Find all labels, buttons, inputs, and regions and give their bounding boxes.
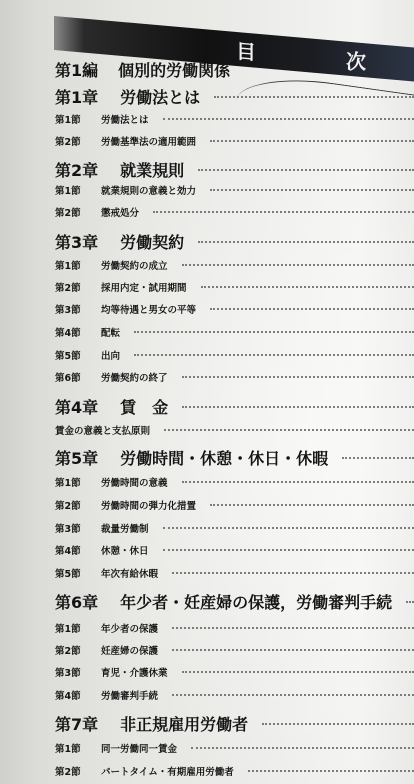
section-title: 年次有給休暇 [101, 566, 158, 580]
dot-leader [210, 140, 414, 142]
toc-section-row[interactable]: 第6節労働契約の終了 [55, 370, 414, 384]
section-number: 第3節 [55, 665, 101, 679]
chapter-number: 第7章 [55, 712, 98, 735]
chapter-number: 第4章 [55, 395, 98, 418]
section-title: パートタイム・有期雇用労働者 [101, 764, 234, 778]
chapter-number: 第2章 [55, 158, 98, 181]
dot-leader [342, 457, 414, 459]
section-title: 懲戒処分 [101, 205, 139, 219]
section-title: 労働基準法の適用範囲 [101, 134, 196, 148]
section-title: 裁量労働制 [101, 521, 149, 535]
section-title: 労働審判手続 [101, 688, 158, 702]
toc-chapter-row[interactable]: 第5章労働時間・休憩・休日・休暇 [55, 446, 414, 469]
section-number: 第1節 [55, 112, 101, 126]
section-number: 第5節 [55, 348, 101, 362]
dot-leader [214, 96, 414, 98]
dot-leader [163, 118, 414, 120]
toc-section-row[interactable]: 第4節休憩・休日 [55, 543, 414, 557]
chapter-title: 非正規雇用労働者 [120, 712, 248, 735]
section-title: 休憩・休日 [101, 543, 149, 557]
section-number: 第2節 [55, 134, 101, 148]
section-title: 出向 [101, 348, 120, 362]
part-number: 第1編 [55, 58, 98, 81]
chapter-title: 労働時間・休憩・休日・休暇 [120, 446, 328, 469]
part-title: 個別的労働関係 [118, 58, 230, 81]
section-number: 第3節 [55, 302, 101, 316]
toc-chapter-row[interactable]: 第2章就業規則 [55, 158, 414, 181]
section-title: 育児・介護休業 [101, 665, 168, 679]
section-number: 第2節 [55, 643, 101, 657]
chapter-title: 年少者・妊産婦の保護，労働審判手続 [120, 590, 392, 613]
toc-section-row[interactable]: 第1節同一労働同一賃金 [55, 741, 414, 755]
toc-plain-row[interactable]: 賃金の意義と支払原則 [55, 423, 414, 437]
dot-leader [134, 354, 414, 356]
toc-chapter-row[interactable]: 第1章労働法とは [55, 85, 414, 108]
dot-leader [163, 527, 414, 529]
section-number: 第2節 [55, 280, 101, 294]
dot-leader [172, 572, 414, 574]
toc-section-row[interactable]: 第1節労働時間の意義 [55, 475, 414, 489]
dot-leader [182, 481, 414, 483]
section-title: 配転 [101, 325, 120, 339]
dot-leader [182, 406, 414, 408]
toc-section-row[interactable]: 第1節労働法とは [55, 112, 414, 126]
toc-section-row[interactable]: 第2節パートタイム・有期雇用労働者 [55, 764, 414, 778]
section-number: 第4節 [55, 325, 101, 339]
section-number: 第2節 [55, 498, 101, 512]
toc-section-row[interactable]: 第2節採用内定・試用期間 [55, 280, 414, 294]
toc-chapter-row[interactable]: 第7章非正規雇用労働者 [55, 712, 414, 735]
dot-leader [134, 331, 414, 333]
toc-section-row[interactable]: 第5節出向 [55, 348, 414, 362]
section-number: 第2節 [55, 205, 101, 219]
section-title: 労働時間の意義 [101, 475, 168, 489]
dot-leader [406, 601, 414, 603]
toc-section-row[interactable]: 第2節妊産婦の保護 [55, 643, 414, 657]
dot-leader [172, 694, 414, 696]
toc-section-row[interactable]: 第4節配転 [55, 325, 414, 339]
toc-section-row[interactable]: 第2節労働基準法の適用範囲 [55, 134, 414, 148]
section-number: 第1節 [55, 475, 101, 489]
dot-leader [164, 429, 414, 431]
section-number: 第4節 [55, 543, 101, 557]
dot-leader [182, 264, 414, 266]
dot-leader [172, 649, 414, 651]
chapter-title: 就業規則 [120, 158, 184, 181]
toc-section-row[interactable]: 第1節労働契約の成立 [55, 258, 414, 272]
section-number: 第2節 [55, 764, 101, 778]
chapter-number: 第6章 [55, 590, 98, 613]
toc-section-row[interactable]: 第5節年次有給休暇 [55, 566, 414, 580]
dot-leader [153, 211, 414, 213]
toc-section-row[interactable]: 第3節裁量労働制 [55, 521, 414, 535]
chapter-title: 労働法とは [120, 85, 200, 108]
section-title: 同一労働同一賃金 [101, 741, 177, 755]
chapter-number: 第5章 [55, 446, 98, 469]
chapter-title: 労働契約 [120, 230, 184, 253]
table-of-contents: 第1編 個別的労働関係 第1章労働法とは第1節労働法とは第2節労働基準法の適用範… [0, 0, 414, 784]
section-number: 第1節 [55, 258, 101, 272]
section-number: 第4節 [55, 688, 101, 702]
section-title: 労働法とは [101, 112, 149, 126]
dot-leader [182, 376, 414, 378]
dot-leader [182, 671, 414, 673]
plain-title: 賃金の意義と支払原則 [55, 423, 150, 437]
toc-section-row[interactable]: 第1節年少者の保護 [55, 621, 414, 635]
section-title: 採用内定・試用期間 [101, 280, 187, 294]
toc-chapter-row[interactable]: 第3章労働契約 [55, 230, 414, 253]
section-title: 年少者の保護 [101, 621, 158, 635]
section-title: 就業規則の意義と効力 [101, 183, 196, 197]
dot-leader [262, 723, 414, 725]
dot-leader [210, 504, 414, 506]
toc-section-row[interactable]: 第2節懲戒処分 [55, 205, 414, 219]
chapter-number: 第1章 [55, 85, 98, 108]
toc-section-row[interactable]: 第4節労働審判手続 [55, 688, 414, 702]
section-number: 第6節 [55, 370, 101, 384]
dot-leader [163, 549, 414, 551]
chapter-title: 賃 金 [120, 395, 168, 418]
dot-leader [198, 241, 414, 243]
toc-chapter-row[interactable]: 第6章年少者・妊産婦の保護，労働審判手続 [55, 590, 414, 613]
dot-leader [198, 169, 414, 171]
toc-part[interactable]: 第1編 個別的労働関係 [55, 58, 414, 81]
section-title: 妊産婦の保護 [101, 643, 158, 657]
dot-leader [248, 770, 414, 772]
dot-leader [201, 286, 414, 288]
section-title: 労働時間の弾力化措置 [101, 498, 196, 512]
section-number: 第1節 [55, 621, 101, 635]
toc-section-row[interactable]: 第3節均等待遇と男女の平等 [55, 302, 414, 316]
section-title: 均等待遇と男女の平等 [101, 302, 196, 316]
dot-leader [210, 308, 414, 310]
section-number: 第1節 [55, 741, 101, 755]
section-number: 第5節 [55, 566, 101, 580]
toc-section-row[interactable]: 第2節労働時間の弾力化措置 [55, 498, 414, 512]
dot-leader [191, 747, 414, 749]
toc-section-row[interactable]: 第3節育児・介護休業 [55, 665, 414, 679]
toc-chapter-row[interactable]: 第4章賃 金 [55, 395, 414, 418]
section-number: 第1節 [55, 183, 101, 197]
section-title: 労働契約の成立 [101, 258, 168, 272]
dot-leader [210, 189, 414, 191]
toc-section-row[interactable]: 第1節就業規則の意義と効力 [55, 183, 414, 197]
section-number: 第3節 [55, 521, 101, 535]
dot-leader [172, 627, 414, 629]
section-title: 労働契約の終了 [101, 370, 168, 384]
chapter-number: 第3章 [55, 230, 98, 253]
